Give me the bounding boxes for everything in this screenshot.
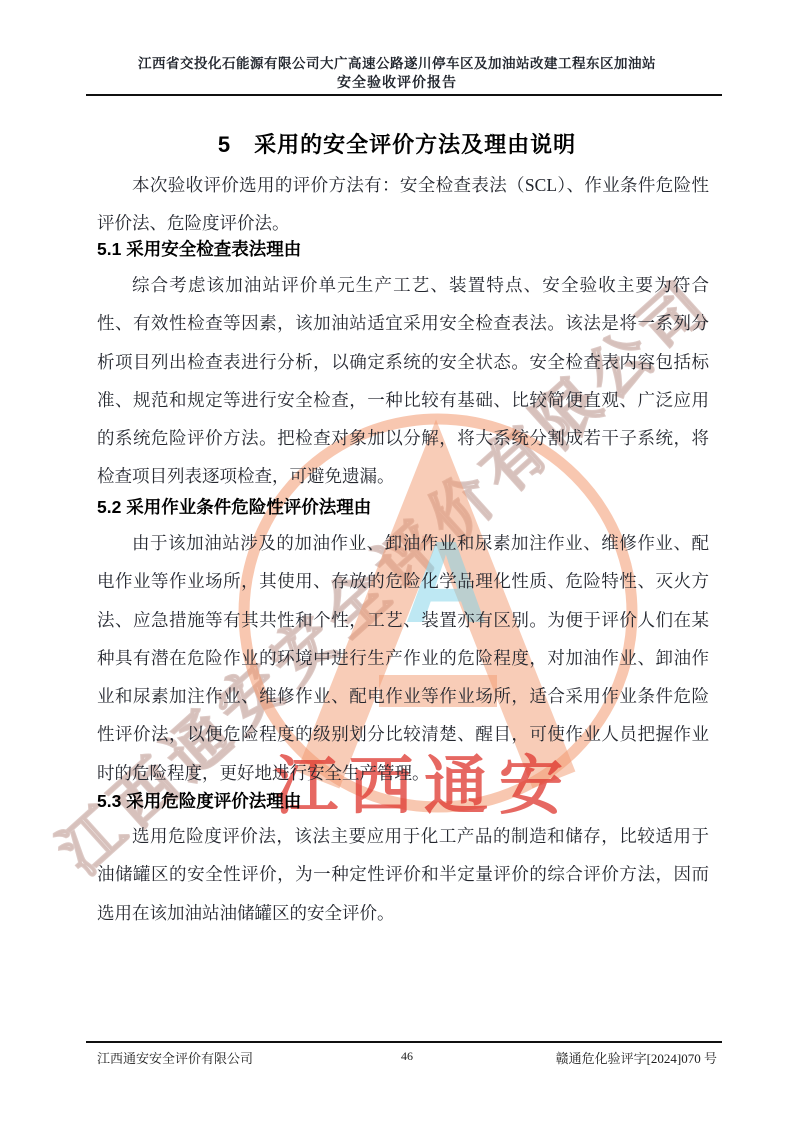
- page-footer: 江西通安安全评价有限公司 46 赣通危化验评字[2024]070 号: [97, 1048, 717, 1070]
- footer-document-number: 赣通危化验评字[2024]070 号: [556, 1048, 717, 1067]
- section-body-5-3: 选用危险度评价法，该法主要应用于化工产品的制造和储存，比较适用于油储罐区的安全性…: [97, 817, 709, 932]
- header-rule: [86, 94, 722, 96]
- header-report-type: 安全验收评价报告: [0, 74, 794, 94]
- report-page: 江西省交投化石能源有限公司大广高速公路遂川停车区及加油站改建工程东区加油站 安全…: [0, 0, 794, 1123]
- page-header: 江西省交投化石能源有限公司大广高速公路遂川停车区及加油站改建工程东区加油站 安全…: [0, 54, 794, 94]
- section-heading-5-2: 5.2 采用作业条件危险性评价法理由: [97, 495, 709, 520]
- section-heading-5-1: 5.1 采用安全检查表法理由: [97, 237, 709, 262]
- intro-paragraph: 本次验收评价选用的评价方法有：安全检查表法（SCL）、作业条件危险性评价法、危险…: [97, 166, 709, 243]
- section-body-5-2: 由于该加油站涉及的加油作业、卸油作业和尿素加注作业、维修作业、配电作业等作业场所…: [97, 524, 709, 792]
- section-body-5-1: 综合考虑该加油站评价单元生产工艺、装置特点、安全验收主要为符合性、有效性检查等因…: [97, 266, 709, 496]
- section-heading-5-3: 5.3 采用危险度评价法理由: [97, 789, 709, 814]
- footer-rule: [86, 1041, 722, 1043]
- chapter-title: 5 采用的安全评价方法及理由说明: [0, 128, 794, 159]
- header-project-title: 江西省交投化石能源有限公司大广高速公路遂川停车区及加油站改建工程东区加油站: [0, 54, 794, 74]
